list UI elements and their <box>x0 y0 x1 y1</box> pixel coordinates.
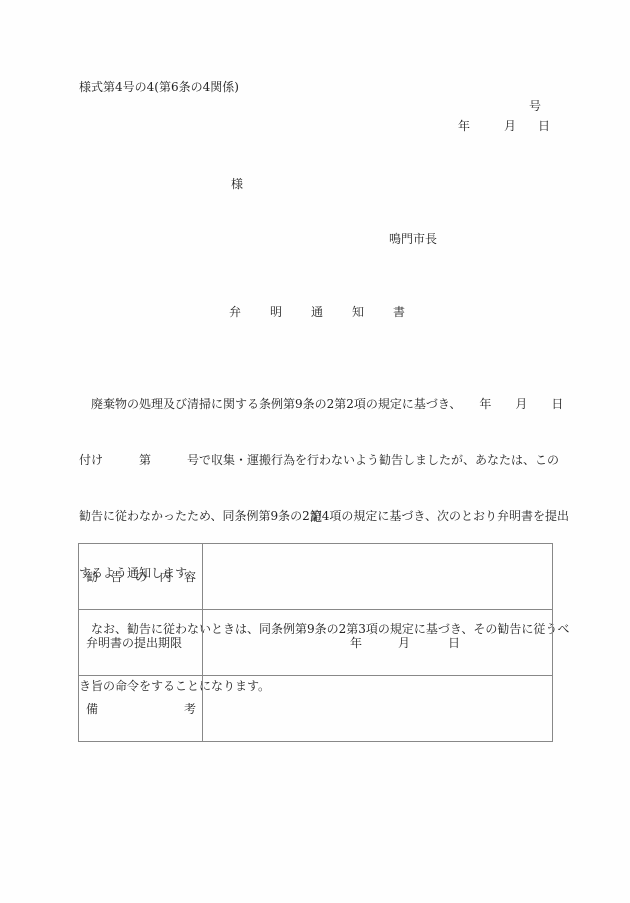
document-title: 弁明通知書 <box>229 306 434 318</box>
title-char: 弁 <box>229 306 270 318</box>
table-row: 備 考 <box>79 676 553 742</box>
issue-date-year: 年 <box>458 120 488 132</box>
label-remarks: 備 考 <box>79 676 203 742</box>
label-submission-deadline: 弁明書の提出期限 <box>79 610 203 676</box>
body-line: 付け 第 号で収集・運搬行為を行わないよう勧告しましたが、あなたは、この <box>79 451 553 470</box>
title-char: 明 <box>270 306 311 318</box>
label-char: 告 <box>110 568 122 585</box>
remarks-field[interactable] <box>203 676 553 742</box>
label-char: 内 <box>159 568 171 585</box>
label-char: の <box>135 568 147 585</box>
addressee-suffix: 様 <box>231 178 243 190</box>
label-advice-content: 勧 告 の 内 容 <box>79 544 203 610</box>
deadline-day: 日 <box>448 634 460 651</box>
details-table: 勧 告 の 内 容 弁明書の提出期限 年月日 備 考 <box>78 543 553 742</box>
label-char: 容 <box>184 568 196 585</box>
issue-date-day: 日 <box>532 120 550 132</box>
label-char: 備 <box>86 700 98 717</box>
form-number: 様式第4号の4(第6条の4関係) <box>79 81 239 93</box>
title-char: 通 <box>311 306 352 318</box>
label-text: 弁明書の提出期限 <box>86 636 182 650</box>
submission-deadline-field[interactable]: 年月日 <box>203 610 553 676</box>
ki-heading: 記 <box>310 511 322 523</box>
title-char: 書 <box>393 306 434 318</box>
label-char: 勧 <box>86 568 98 585</box>
deadline-month: 月 <box>398 634 448 651</box>
table-row: 弁明書の提出期限 年月日 <box>79 610 553 676</box>
sender-name: 鳴門市長 <box>389 233 437 245</box>
issue-date-month: 月 <box>488 120 532 132</box>
deadline-year: 年 <box>350 634 398 651</box>
label-char: 考 <box>184 700 196 717</box>
body-line: 廃棄物の処理及び清掃に関する条例第9条の2第2項の規定に基づき、 年 月 日 <box>79 395 553 414</box>
title-char: 知 <box>352 306 393 318</box>
advice-content-field[interactable] <box>203 544 553 610</box>
table-row: 勧 告 の 内 容 <box>79 544 553 610</box>
issue-number-label: 号 <box>529 100 541 112</box>
deadline-date: 年月日 <box>203 634 552 651</box>
issue-date: 年月日 <box>458 120 550 132</box>
